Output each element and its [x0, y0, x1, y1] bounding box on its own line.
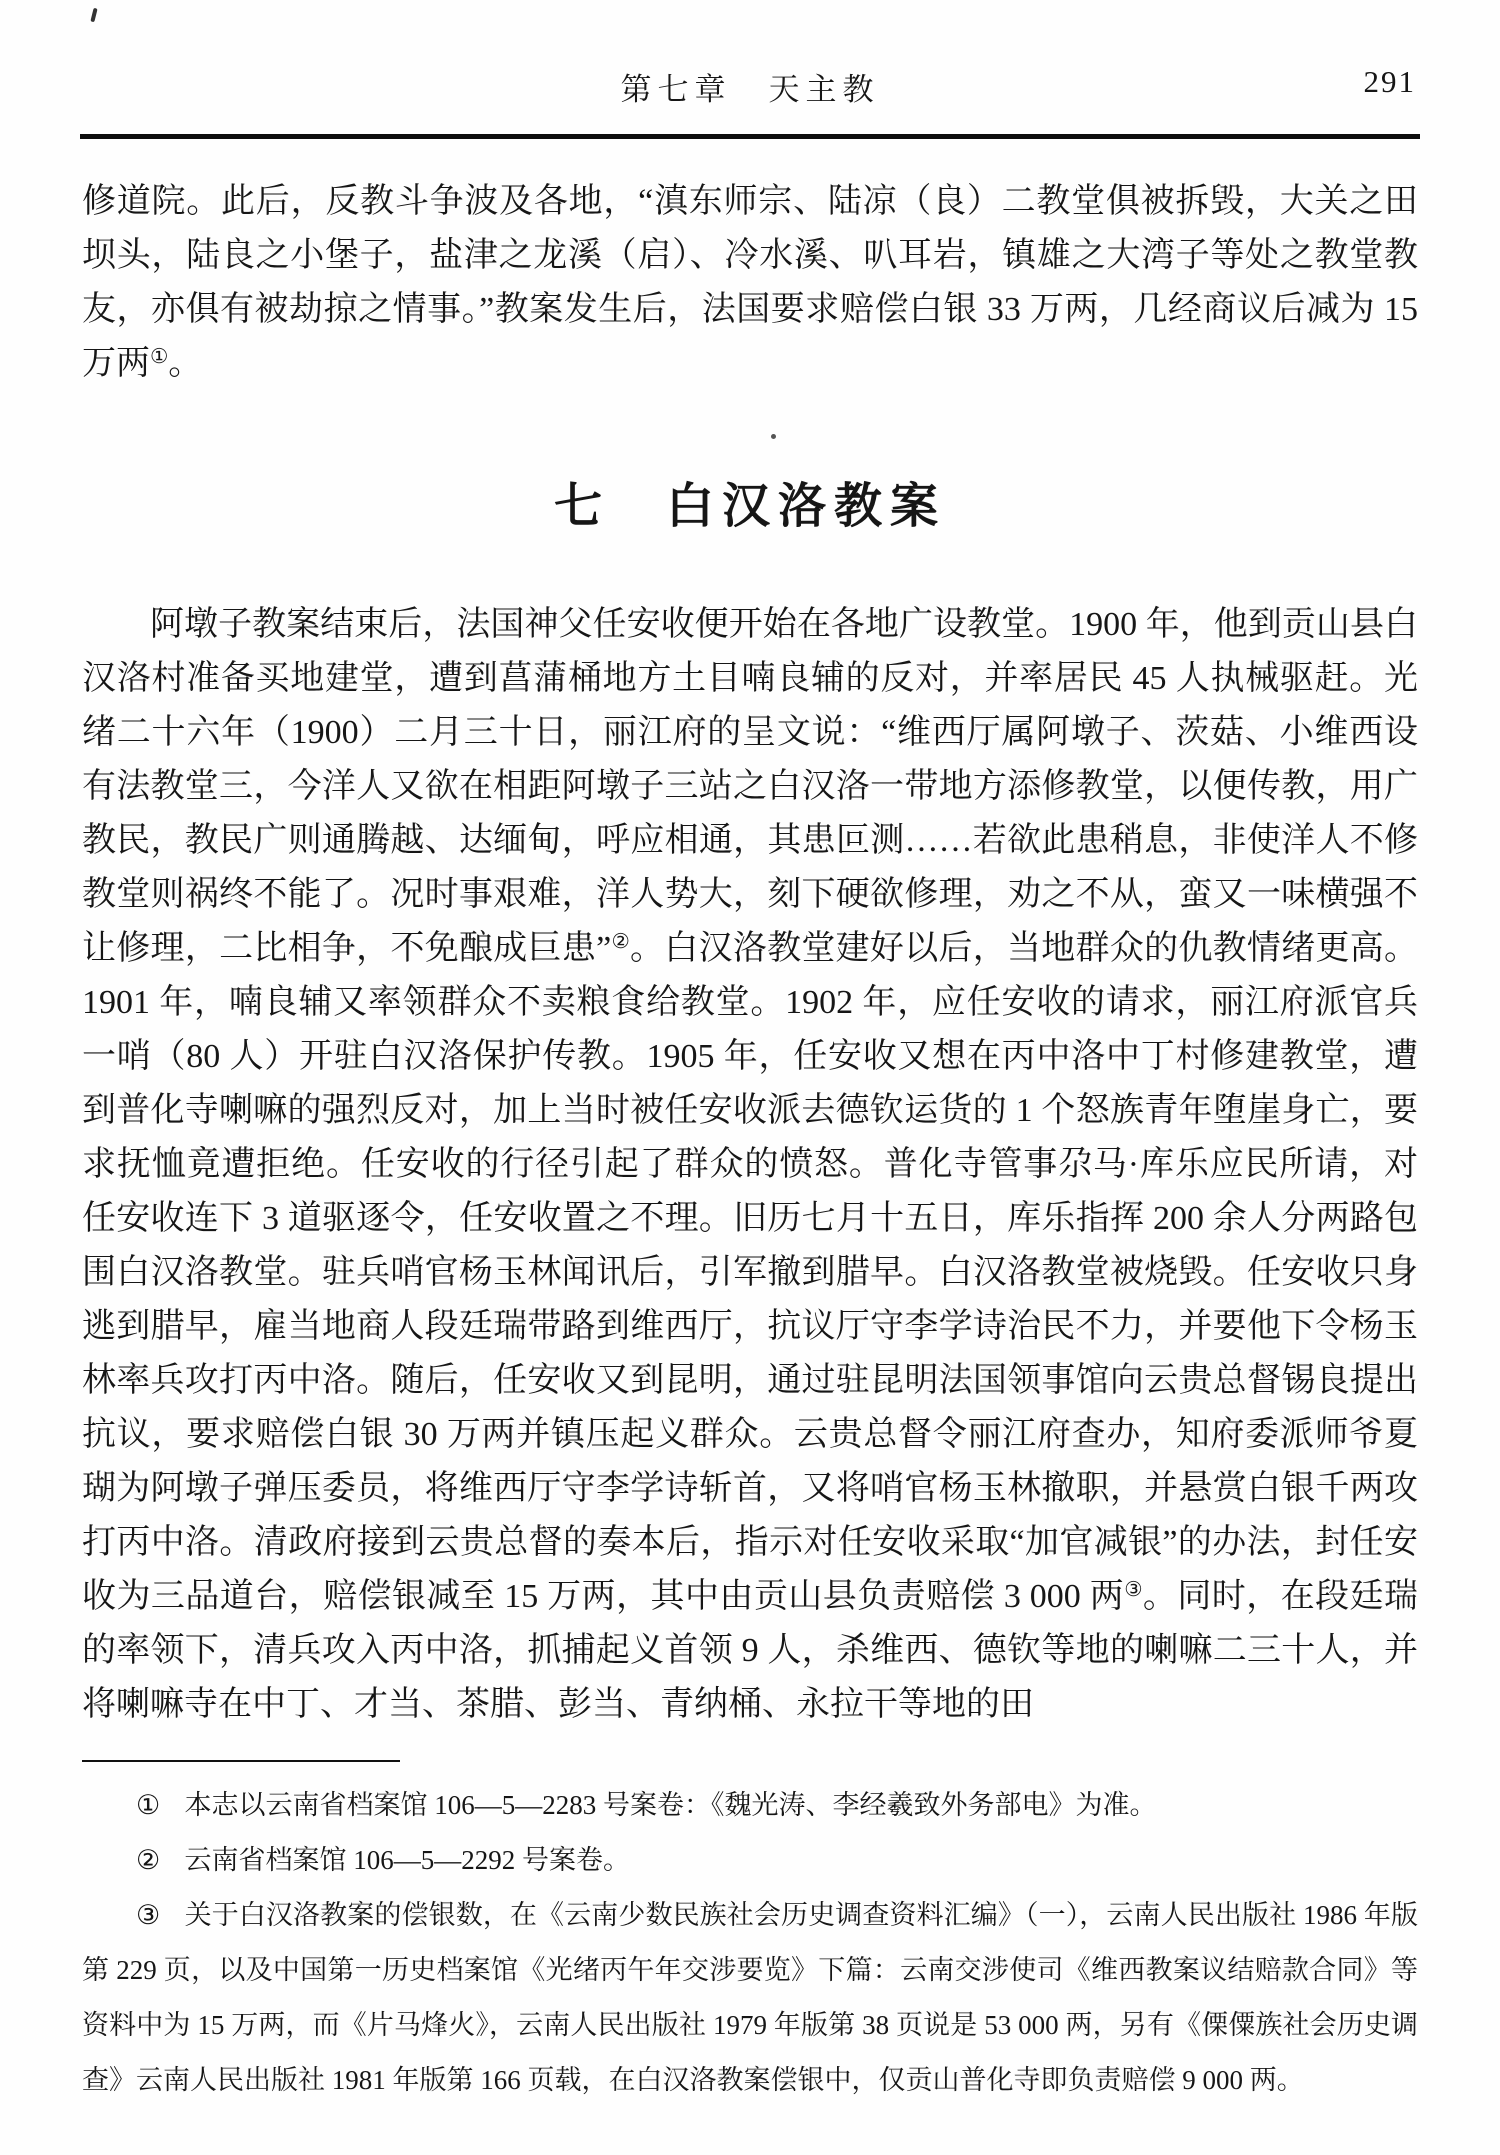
footnote-reference: ③	[1124, 1579, 1143, 1601]
running-head-row: 第七章 天主教 291	[82, 0, 1418, 110]
footnote-2: ②云南省档案馆 106—5—2292 号案卷。	[82, 1833, 1418, 1888]
scan-artifact-dot	[771, 434, 776, 439]
page-number: 291	[1364, 64, 1417, 100]
footnote-3: ③关于白汉洛教案的偿银数，在《云南少数民族社会历史调查资料汇编》（一），云南人民…	[82, 1888, 1418, 2108]
footnote-1-marker: ①	[136, 1790, 160, 1820]
footnote-1-text: 本志以云南省档案馆 106—5—2283 号案卷：《魏光涛、李经羲致外务部电》为…	[185, 1790, 1157, 1820]
running-head-chapter-title: 第七章 天主教	[82, 64, 1418, 109]
section-title: 七 白汉洛教案	[82, 467, 1418, 536]
footnote-separator-rule	[82, 1760, 400, 1762]
footnote-reference: ①	[150, 346, 168, 368]
footnote-3-text: 关于白汉洛教案的偿银数，在《云南少数民族社会历史调查资料汇编》（一），云南人民出…	[82, 1900, 1418, 2095]
footnote-1: ①本志以云南省档案馆 106—5—2283 号案卷：《魏光涛、李经羲致外务部电》…	[82, 1778, 1418, 1833]
running-head: 第七章 天主教 291	[0, 0, 1500, 139]
intro-paragraph: 修道院。此后，反教斗争波及各地，“滇东师宗、陆凉（良）二教堂俱被拆毁，大关之田坝…	[82, 175, 1418, 391]
footnotes-section: ①本志以云南省档案馆 106—5—2283 号案卷：《魏光涛、李经羲致外务部电》…	[82, 1760, 1418, 2108]
body-paragraph: 阿墩子教案结束后，法国神父任安收便开始在各地广设教堂。1900 年，他到贡山县白…	[82, 598, 1418, 1732]
footnote-2-text: 云南省档案馆 106—5—2292 号案卷。	[185, 1845, 631, 1875]
footnote-2-marker: ②	[136, 1845, 160, 1875]
book-page: 第七章 天主教 291 修道院。此后，反教斗争波及各地，“滇东师宗、陆凉（良）二…	[0, 0, 1500, 2155]
footnote-3-marker: ③	[136, 1900, 160, 1930]
page-body: 修道院。此后，反教斗争波及各地，“滇东师宗、陆凉（良）二教堂俱被拆毁，大关之田坝…	[82, 175, 1418, 1732]
footnote-reference: ②	[611, 931, 630, 953]
header-rule	[80, 134, 1420, 139]
